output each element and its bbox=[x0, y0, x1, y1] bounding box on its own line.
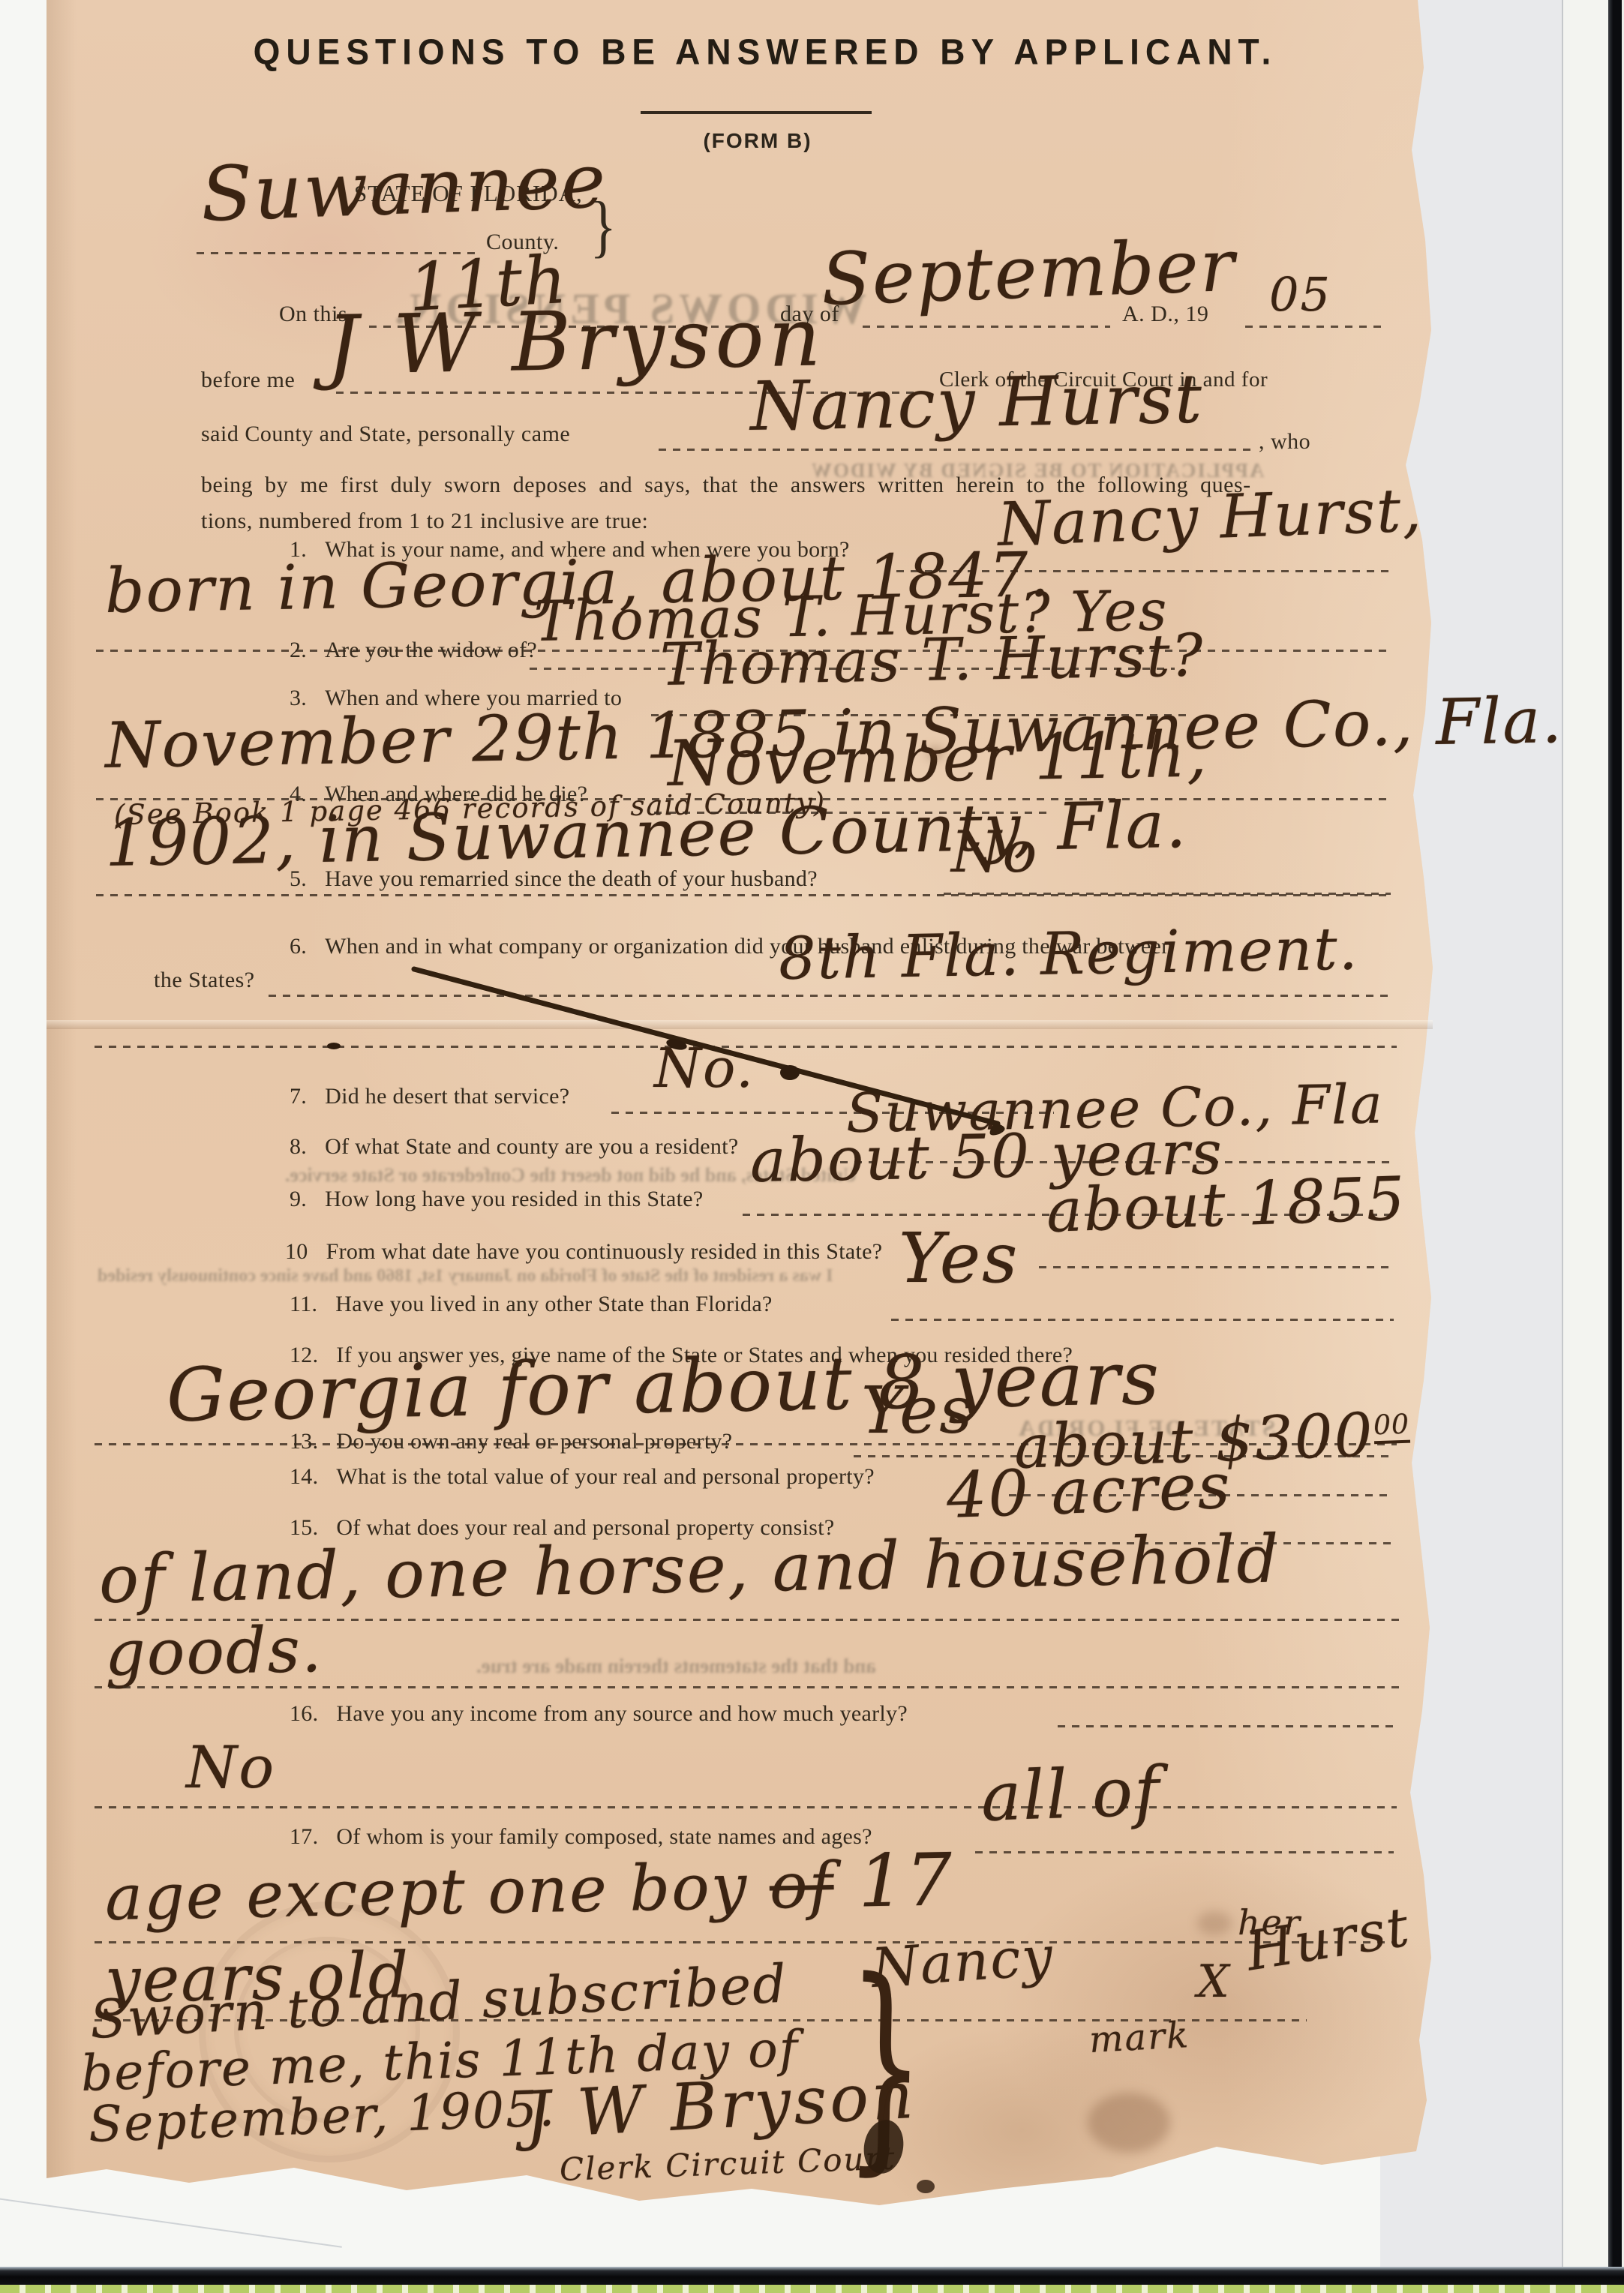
question-10: 10 From what date have you continuously … bbox=[285, 1239, 882, 1265]
bleedthrough-statements-line: and that the statements therein made are… bbox=[476, 1655, 876, 1678]
question-16-number: 16. bbox=[290, 1701, 318, 1727]
answer-17-struck-word: of bbox=[769, 1848, 834, 1922]
scan-bottom-green-strip bbox=[0, 2285, 1624, 2293]
who-label: , who bbox=[1259, 429, 1310, 455]
question-10-number: 10 bbox=[285, 1239, 308, 1265]
question-5-text: Have you remarried since the death of yo… bbox=[325, 866, 818, 892]
question-11-text: Have you lived in any other State than F… bbox=[335, 1292, 772, 1317]
answer-6-dotted bbox=[269, 995, 1392, 997]
answer-13-handwritten: Yes bbox=[861, 1379, 974, 1443]
question-6-number: 6. bbox=[290, 934, 307, 959]
answer-15-line2-handwritten: of land, one horse, and household bbox=[98, 1526, 1280, 1613]
answer-17-line2-handwritten: age except one boy of 17 bbox=[104, 1844, 954, 1931]
question-7-number: 7. bbox=[290, 1084, 307, 1109]
before-me-label: before me bbox=[201, 368, 295, 393]
came-dotted-line bbox=[659, 449, 1251, 451]
question-8-number: 8. bbox=[290, 1134, 307, 1160]
answer-14-cents: 00 bbox=[1373, 1409, 1409, 1445]
question-11-number: 11. bbox=[290, 1292, 317, 1317]
question-10-text: From what date have you continuously res… bbox=[326, 1239, 883, 1265]
question-9: 9. How long have you resided in this Sta… bbox=[290, 1187, 704, 1212]
clerk-signature: J W Bryson bbox=[524, 2063, 918, 2148]
question-17: 17. Of whom is your family composed, sta… bbox=[290, 1824, 872, 1850]
question-13-number: 13. bbox=[290, 1429, 318, 1454]
answer-17-handwritten: all of bbox=[980, 1758, 1161, 1832]
mark-label-handwritten: mark bbox=[1088, 2017, 1191, 2058]
question-6-line2: the States? bbox=[154, 968, 255, 993]
question-7: 7. Did he desert that service? bbox=[290, 1084, 569, 1109]
question-9-text: How long have you resided in this State? bbox=[325, 1187, 703, 1212]
answer-1-handwritten: Nancy Hurst, bbox=[997, 480, 1424, 555]
answer-16-dotted bbox=[1058, 1725, 1394, 1727]
year-handwritten: 05 bbox=[1269, 272, 1331, 318]
answer-16-line-dotted bbox=[95, 1806, 1397, 1808]
question-13: 13. Do you own any real or personal prop… bbox=[290, 1429, 732, 1454]
answer-15-line3-handwritten: goods. bbox=[104, 1618, 323, 1685]
answer-17-line2-post: 17 bbox=[833, 1837, 954, 1924]
answer-4-handwritten: November 11th, bbox=[667, 722, 1208, 795]
title-underline bbox=[641, 111, 872, 114]
answer-6-handwritten: 8th Fla. Regiment. bbox=[778, 920, 1359, 989]
question-8: 8. Of what State and county are you a re… bbox=[290, 1134, 738, 1160]
answer-5-dotted bbox=[944, 893, 1391, 895]
ink-blot-3 bbox=[780, 1065, 800, 1080]
scanned-document-page: WIDOWS PENSION. APPLICATION TO BE SIGNED… bbox=[0, 0, 1624, 2293]
question-17-text: Of whom is your family composed, state n… bbox=[336, 1824, 872, 1850]
question-2-text: Are you the widow of? bbox=[325, 638, 537, 663]
question-5: 5. Have you remarried since the death of… bbox=[290, 866, 818, 892]
question-14-number: 14. bbox=[290, 1464, 318, 1490]
answer-17-dotted bbox=[975, 1851, 1394, 1853]
document-title: QUESTIONS TO BE ANSWERED BY APPLICANT. bbox=[203, 31, 1328, 73]
question-2: 2. Are you the widow of? bbox=[290, 638, 537, 663]
stain-2 bbox=[1197, 1911, 1232, 1935]
scan-right-black-bar bbox=[1608, 0, 1622, 2286]
question-11: 11. Have you lived in any other State th… bbox=[290, 1292, 773, 1317]
personally-came-label: said County and State, personally came bbox=[201, 422, 570, 447]
answer-10-handwritten: about 1855 bbox=[1046, 1169, 1407, 1241]
question-7-text: Did he desert that service? bbox=[325, 1084, 569, 1109]
ink-blot-2 bbox=[327, 1043, 341, 1049]
scan-bottom-black-bar bbox=[0, 2267, 1624, 2285]
question-2-number: 2. bbox=[290, 638, 307, 663]
answer-15-handwritten: 40 acres bbox=[946, 1454, 1232, 1527]
answer-16-handwritten: No bbox=[186, 1739, 275, 1797]
question-13-text: Do you own any real or personal property… bbox=[336, 1429, 732, 1454]
answer-12-handwritten: Georgia for about 8 years bbox=[166, 1342, 1161, 1433]
sleeve-crease-line bbox=[0, 2197, 342, 2247]
backing-sheet-edge bbox=[1562, 0, 1563, 2267]
fold-crease bbox=[47, 1020, 1433, 1029]
preamble-line2: tions, numbered from 1 to 21 inclusive a… bbox=[201, 509, 648, 534]
stain-3 bbox=[927, 747, 944, 759]
applicant-name-handwritten: Nancy Hurst bbox=[749, 365, 1204, 441]
county-handwritten: Suwannee bbox=[200, 143, 608, 233]
question-16: 16. Have you any income from any source … bbox=[290, 1701, 908, 1727]
question-17-number: 17. bbox=[290, 1824, 318, 1850]
county-brace: } bbox=[590, 186, 617, 266]
month-dotted-line bbox=[863, 326, 1110, 328]
ink-blot-4 bbox=[917, 2180, 935, 2193]
bleedthrough-resident-line: I was a resident of the State of Florida… bbox=[98, 1266, 833, 1286]
answer-3-handwritten: Thomas T. Hurst? bbox=[659, 626, 1205, 695]
answer-15-line3-dotted bbox=[95, 1686, 1401, 1688]
question-14: 14. What is the total value of your real… bbox=[290, 1464, 875, 1490]
answer-11-dotted bbox=[891, 1319, 1394, 1321]
question-14-text: What is the total value of your real and… bbox=[336, 1464, 874, 1490]
backing-sheet bbox=[1563, 0, 1608, 2293]
ad-19-label: A. D., 19 bbox=[1122, 302, 1208, 327]
answer-11-handwritten: Yes bbox=[899, 1224, 1019, 1293]
stain-1 bbox=[1088, 2093, 1170, 2153]
question-9-number: 9. bbox=[290, 1187, 307, 1212]
answer-17-line2-pre: age except one boy bbox=[104, 1850, 770, 1934]
question-16-text: Have you any income from any source and … bbox=[336, 1701, 908, 1727]
question-5-number: 5. bbox=[290, 866, 307, 892]
question-8-text: Of what State and county are you a resid… bbox=[325, 1134, 738, 1160]
year-dotted-line bbox=[1245, 326, 1388, 328]
answer-10-dotted bbox=[1039, 1266, 1394, 1268]
form-label: (FORM B) bbox=[630, 129, 885, 153]
answer-7-handwritten: No. bbox=[654, 1041, 755, 1095]
answer-5-handwritten: No bbox=[951, 824, 1038, 881]
signature-x-mark: X bbox=[1197, 1959, 1231, 2004]
